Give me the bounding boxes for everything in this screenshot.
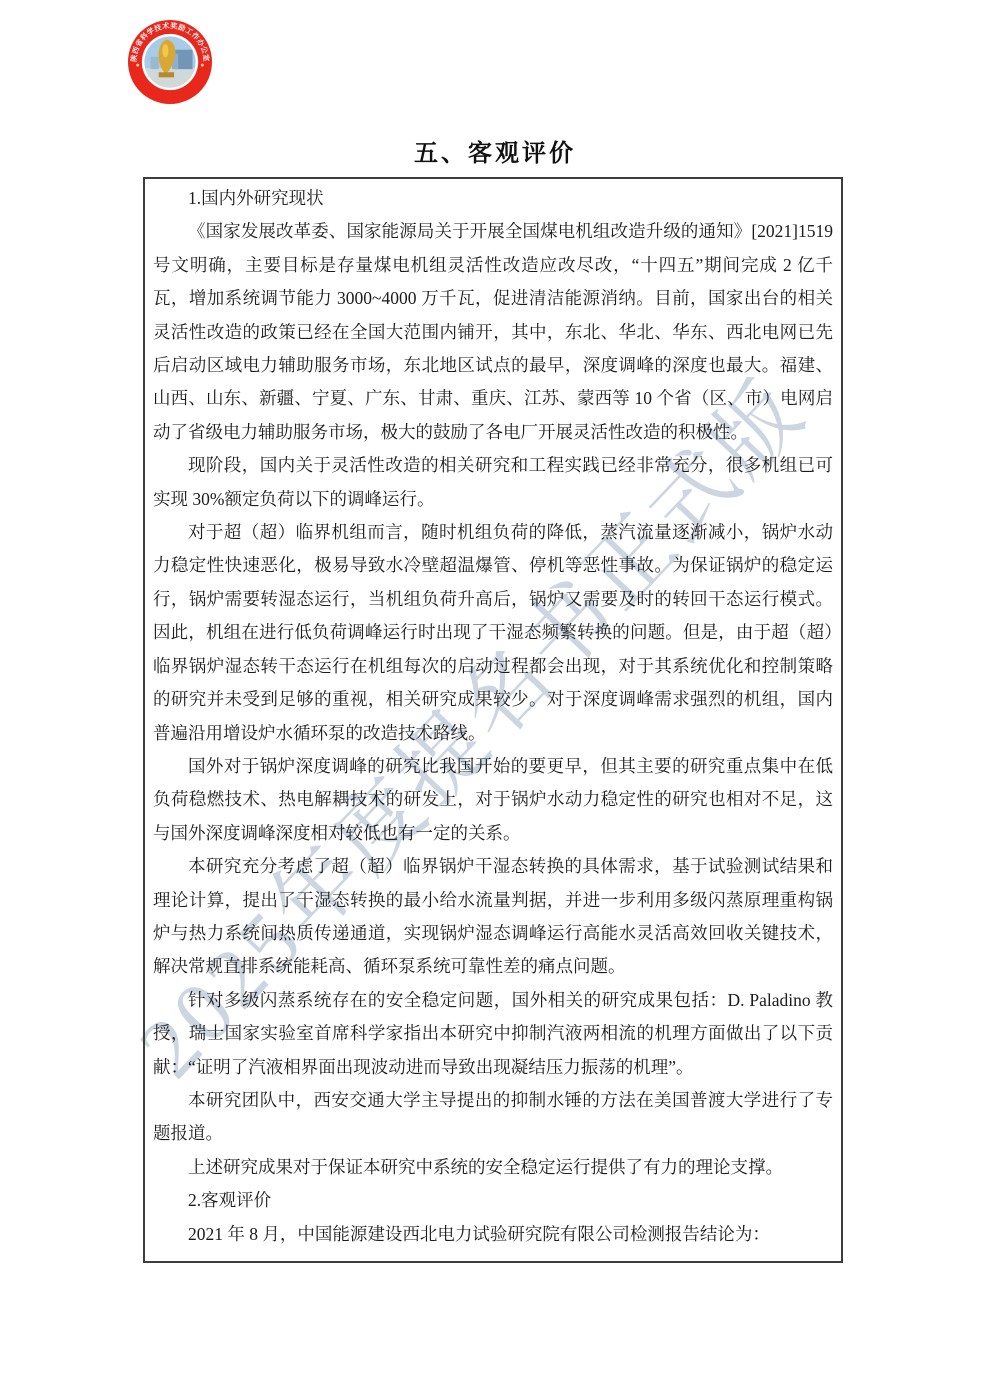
paragraph: 现阶段，国内关于灵活性改造的相关研究和工程实践已经非常充分，很多机组已可实现 3… <box>153 449 833 516</box>
paragraph: 上述研究成果对于保证本研究中系统的安全稳定运行提供了有力的理论支撑。 <box>153 1151 833 1184</box>
award-office-seal-icon: 陕西省科学技术奖励工作办公室 ••••••••••••••••••••• <box>128 20 212 104</box>
seal-star-left <box>136 64 139 67</box>
seal-graphic: 陕西省科学技术奖励工作办公室 ••••••••••••••••••••• <box>128 20 212 104</box>
paragraph: 本研究充分考虑了超（超）临界锅炉干湿态转换的具体需求，基于试验测试结果和理论计算… <box>153 850 833 984</box>
paragraph: 2021 年 8 月，中国能源建设西北电力试验研究院有限公司检测报告结论为： <box>153 1218 833 1251</box>
paragraph-section1-heading: 1.国内外研究现状 <box>153 182 833 215</box>
paragraph: 对于超（超）临界机组而言，随时机组负荷的降低，蒸汽流量逐渐减小，锅炉水动力稳定性… <box>153 516 833 750</box>
paragraph-section2-heading: 2.客观评价 <box>153 1184 833 1217</box>
paragraph: 国外对于锅炉深度调峰的研究比我国开始的要更早，但其主要的研究重点集中在低负荷稳燃… <box>153 750 833 850</box>
paragraph: 针对多级闪蒸系统存在的安全稳定问题，国外相关的研究成果包括：D. Paladin… <box>153 984 833 1084</box>
content-box: 1.国内外研究现状 《国家发展改革委、国家能源局关于开展全国煤电机组改造升级的通… <box>143 177 843 1263</box>
paragraph: 《国家发展改革委、国家能源局关于开展全国煤电机组改造升级的通知》[2021]15… <box>153 215 833 449</box>
seal-star-right <box>201 64 204 67</box>
document-page: 陕西省科学技术奖励工作办公室 ••••••••••••••••••••• 五、客… <box>0 0 990 1399</box>
paragraph: 本研究团队中，西安交通大学主导提出的抑制水锤的方法在美国普渡大学进行了专题报道。 <box>153 1084 833 1151</box>
page-title: 五、客观评价 <box>0 133 990 168</box>
